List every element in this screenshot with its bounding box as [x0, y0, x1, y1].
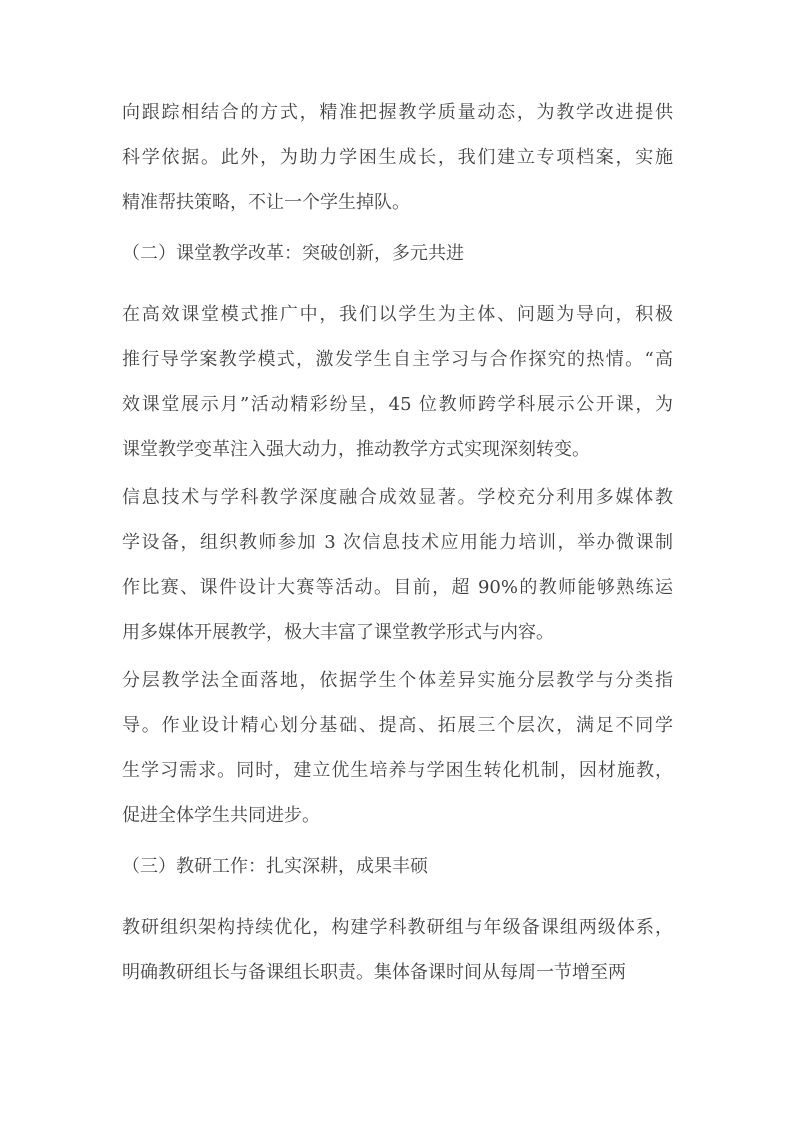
- text-line: 分层教学法全面落地，依据学生个体差异实施分层教学与分类指: [122, 658, 673, 703]
- text-line: 作比赛、课件设计大赛等活动。目前，超 90%的教师能够熟练运: [122, 565, 673, 610]
- heading-line: （二）课堂教学改革：突破创新，多元共进: [122, 231, 673, 276]
- text-line: 导。作业设计精心划分基础、提高、拓展三个层次，满足不同学: [122, 703, 673, 748]
- text-line: 科学依据。此外，为助力学困生成长，我们建立专项档案，实施: [122, 135, 673, 180]
- document-text-block: 向跟踪相结合的方式，精准把握教学质量动态，为教学改进提供科学依据。此外，为助力学…: [122, 90, 673, 998]
- text-line: 教研组织架构持续优化，构建学科教研组与年级备课组两级体系，: [122, 905, 673, 950]
- text-line: 生学习需求。同时，建立优生培养与学困生转化机制，因材施教，: [122, 748, 673, 793]
- text-line: 课堂教学变革注入强大动力，推动教学方式实现深刻转变。: [122, 427, 673, 472]
- text-line: 效课堂展示月”活动精彩纷呈，45 位教师跨学科展示公开课，为: [122, 382, 673, 427]
- text-line: 推行导学案教学模式，激发学生自主学习与合作探究的热情。“高: [122, 337, 673, 382]
- section-heading: （二）课堂教学改革：突破创新，多元共进: [122, 231, 673, 276]
- text-line: 促进全体学生共同进步。: [122, 793, 673, 838]
- text-line: 精准帮扶策略，不让一个学生掉队。: [122, 180, 673, 225]
- text-line: 明确教研组长与备课组长职责。集体备课时间从每周一节增至两: [122, 950, 673, 995]
- paragraph: 向跟踪相结合的方式，精准把握教学质量动态，为教学改进提供科学依据。此外，为助力学…: [122, 90, 673, 225]
- text-line: 信息技术与学科教学深度融合成效显著。学校充分利用多媒体教: [122, 475, 673, 520]
- section-heading: （三）教研工作：扎实深耕，成果丰硕: [122, 844, 673, 889]
- heading-line: （三）教研工作：扎实深耕，成果丰硕: [122, 844, 673, 889]
- text-line: 学设备，组织教师参加 3 次信息技术应用能力培训，举办微课制: [122, 520, 673, 565]
- text-line: 向跟踪相结合的方式，精准把握教学质量动态，为教学改进提供: [122, 90, 673, 135]
- document-page: 向跟踪相结合的方式，精准把握教学质量动态，为教学改进提供科学依据。此外，为助力学…: [0, 0, 793, 1122]
- paragraph: 在高效课堂模式推广中，我们以学生为主体、问题为导向，积极推行导学案教学模式，激发…: [122, 292, 673, 472]
- paragraph: 分层教学法全面落地，依据学生个体差异实施分层教学与分类指导。作业设计精心划分基础…: [122, 658, 673, 838]
- paragraph: 教研组织架构持续优化，构建学科教研组与年级备课组两级体系，明确教研组长与备课组长…: [122, 905, 673, 995]
- text-line: 在高效课堂模式推广中，我们以学生为主体、问题为导向，积极: [122, 292, 673, 337]
- text-line: 用多媒体开展教学，极大丰富了课堂教学形式与内容。: [122, 610, 673, 655]
- paragraph: 信息技术与学科教学深度融合成效显著。学校充分利用多媒体教学设备，组织教师参加 3…: [122, 475, 673, 655]
